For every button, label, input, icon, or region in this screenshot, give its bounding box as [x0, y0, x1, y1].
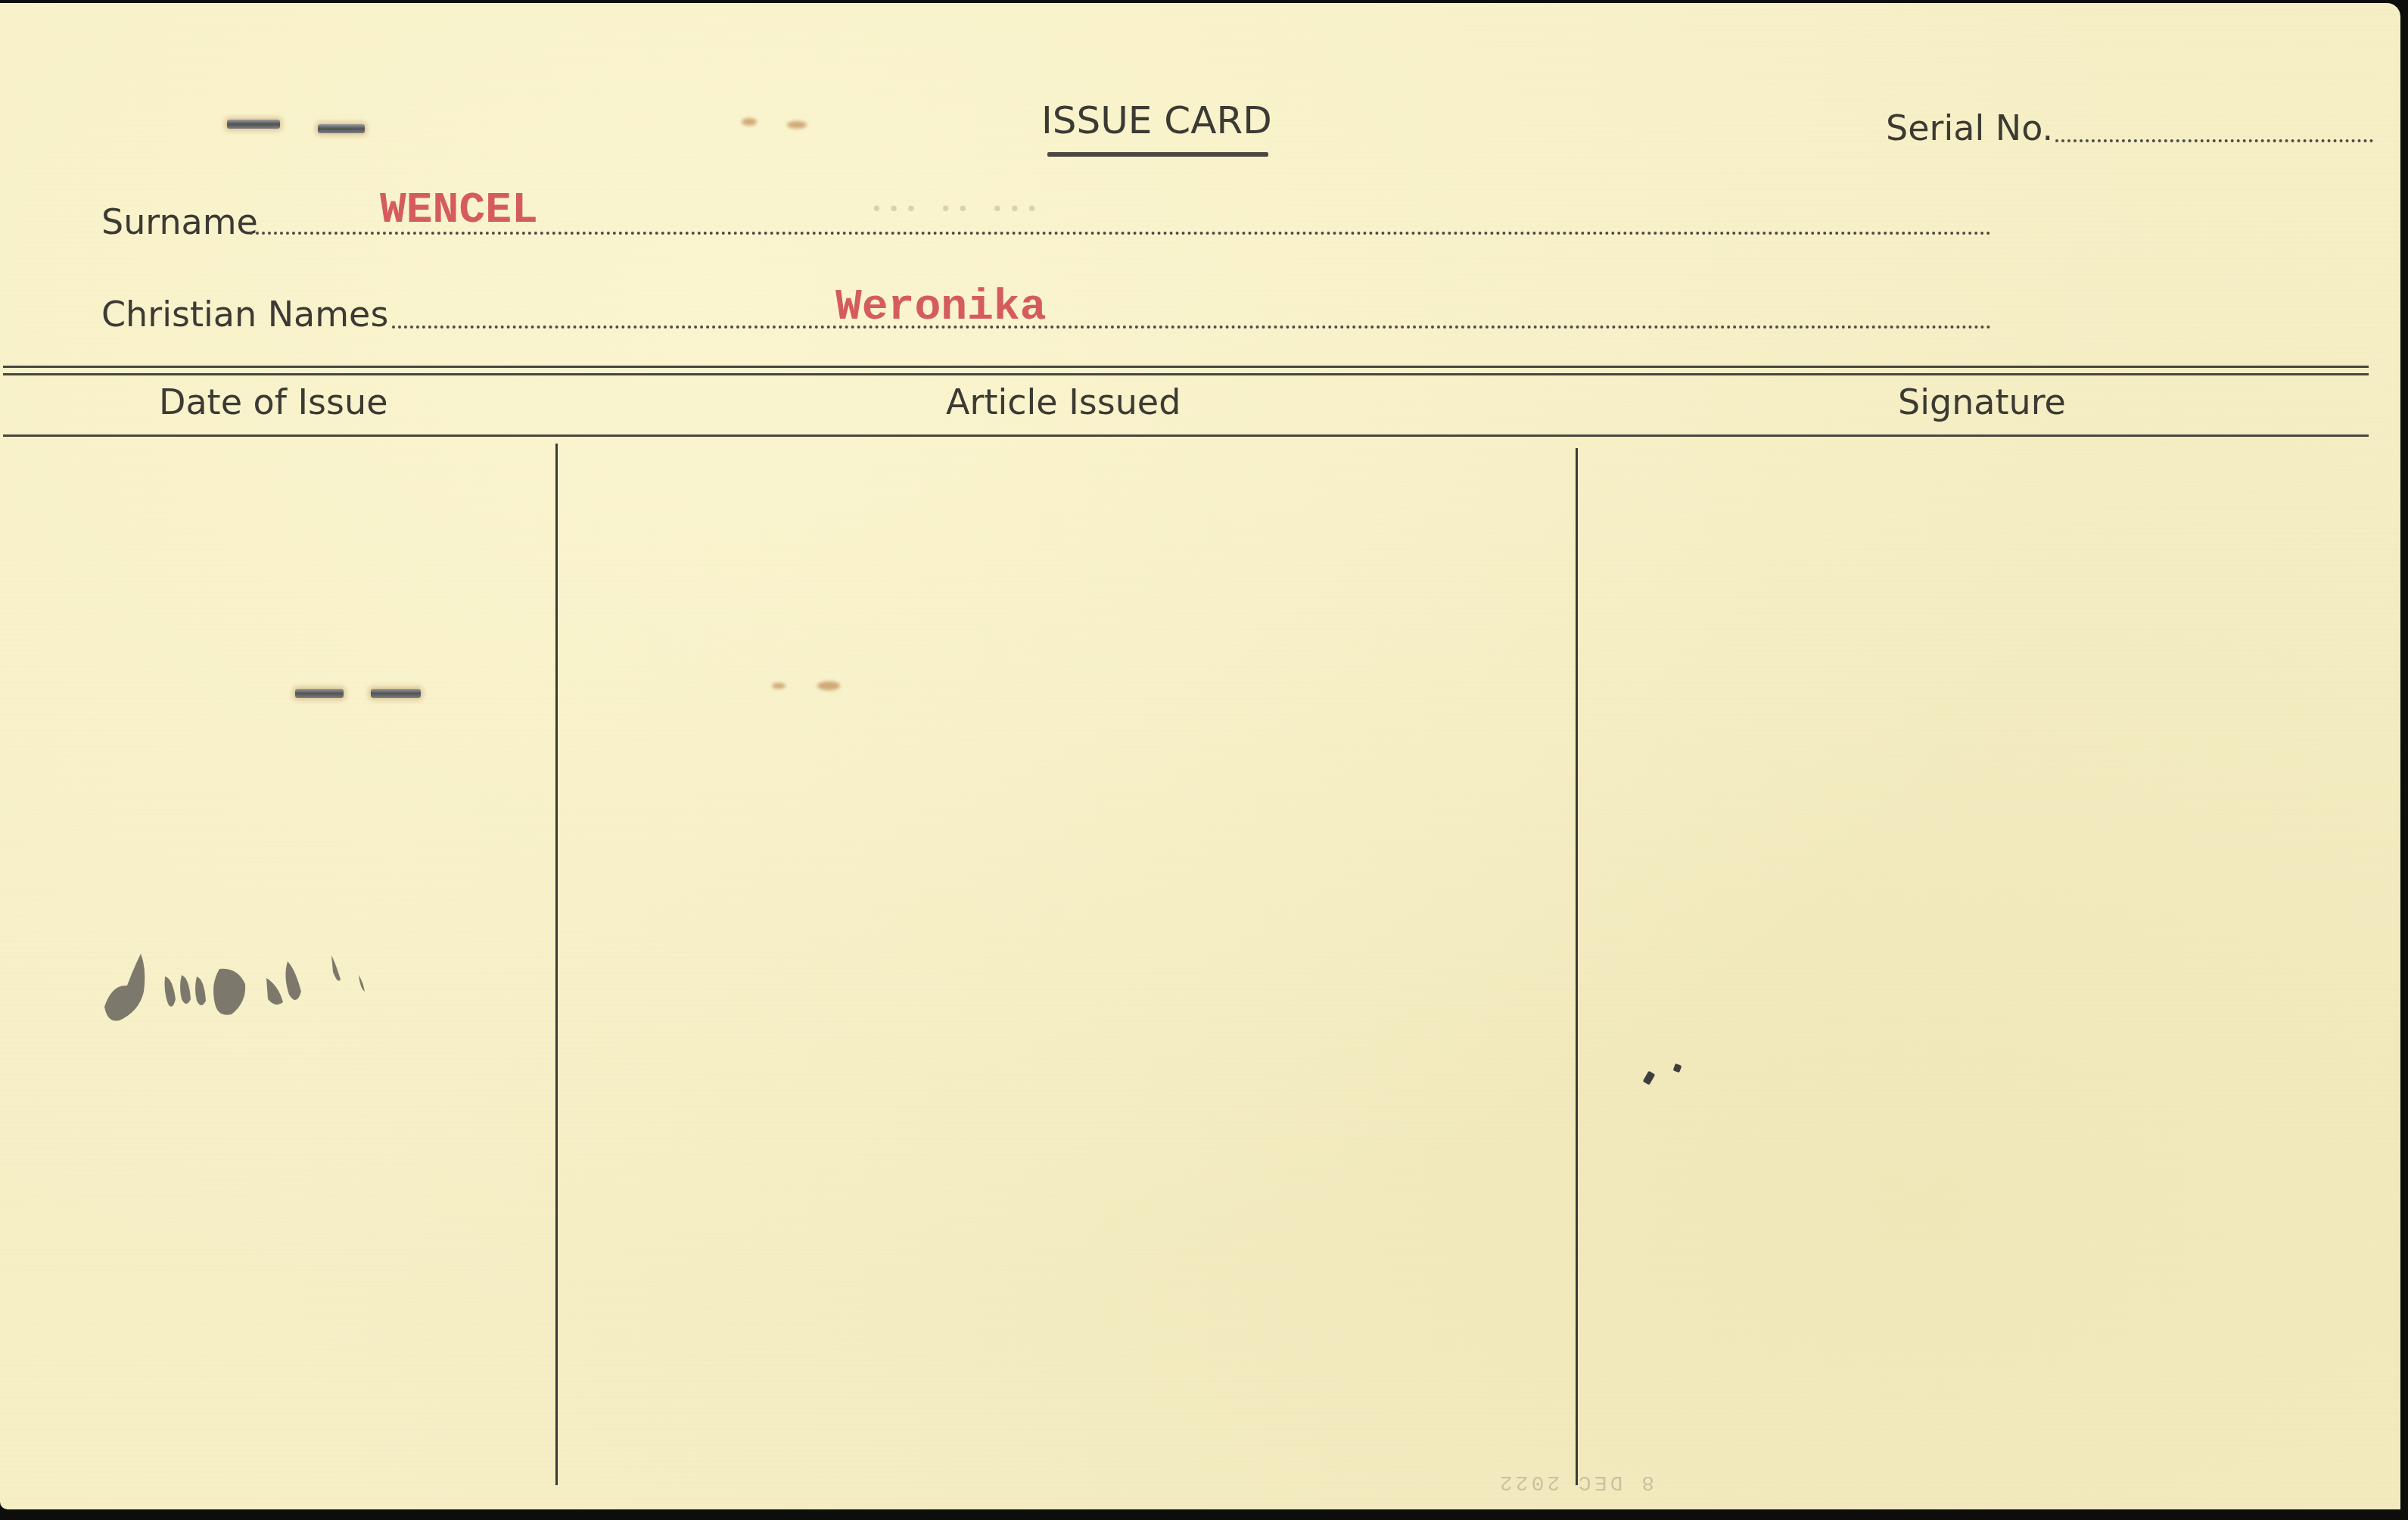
faint-stamp: 8 DEC 2022: [1497, 1470, 1654, 1494]
christian-names-label: Christian Names: [101, 294, 388, 335]
serial-no-label: Serial No.: [1886, 107, 2053, 148]
serial-no-field[interactable]: [2055, 139, 2373, 142]
christian-names-value: Weronika: [835, 283, 1046, 332]
column-header-signature: Signature: [1898, 382, 2066, 422]
column-divider-2: [1576, 448, 1578, 1485]
header-top-rule-2: [3, 373, 2369, 375]
signature-column[interactable]: [1579, 439, 2369, 1499]
column-divider-1: [555, 444, 558, 1485]
card-title: ISSUE CARD: [1041, 98, 1272, 142]
title-underline: [1047, 152, 1268, 157]
surname-value: WENCEL: [380, 186, 538, 235]
rust-stain: [742, 118, 757, 126]
staple-mark: [371, 689, 421, 698]
header-bottom-rule: [3, 435, 2369, 437]
faint-typing-mark: ••• •• •••: [870, 198, 1043, 222]
column-header-article-issued: Article Issued: [946, 382, 1181, 422]
staple-mark: [227, 120, 280, 129]
staple-mark: [295, 689, 344, 698]
surname-label: Surname: [101, 201, 258, 242]
staple-mark: [318, 124, 365, 133]
rust-stain: [787, 121, 807, 129]
ink-smudge: [97, 939, 430, 1037]
header-top-rule: [3, 366, 2369, 368]
article-issued-column[interactable]: [558, 439, 1574, 1499]
issue-card: ISSUE CARD Serial No. Surname WENCEL •••…: [0, 3, 2400, 1509]
column-header-date-of-issue: Date of Issue: [159, 382, 387, 422]
christian-names-field[interactable]: [392, 325, 1992, 329]
rust-stain: [772, 683, 786, 689]
rust-stain: [817, 681, 840, 690]
